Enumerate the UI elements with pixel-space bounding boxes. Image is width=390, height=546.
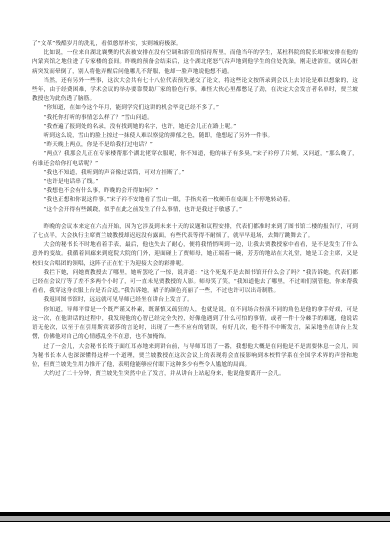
paragraph: “你知道，在如今这个年月，能到学究们这讲的机会毕竟已经不多了。” xyxy=(32,104,358,113)
paragraph: “我也不知道，我听到的声音像过话筒，可对方挂断了。” xyxy=(32,169,358,178)
section-gap xyxy=(32,215,358,223)
document-page: 了“文革”残酷岁月的洗礼，看似憨厚朴实，实则城府极深。 比如说，一位来自湖北襄樊… xyxy=(32,40,358,379)
paragraph: “昨天晚上两点，你是不是给我打过电话？” xyxy=(32,141,358,150)
paragraph: “两点？我那会儿正在专家楼帮那个湖北佬穿衣服呢，你不知道，他的袜子有多臭。”宋子… xyxy=(32,150,358,168)
paragraph: 了“文革”残酷岁月的洗礼，看似憨厚朴实，实则城府极深。 xyxy=(32,40,358,49)
paragraph: “这个会开得有些蹊跷，似乎在此之前发生了什么事情，也许是我过于敏感了。” xyxy=(32,206,358,215)
paragraph: 我拦下她，问她贾教授去了哪里，她听罢吃了一惊，说并道：“这个死鬼不是去图书馆开什… xyxy=(32,269,358,297)
footer-rule-thin xyxy=(0,521,390,522)
paragraph: “也许是电话串了线。” xyxy=(32,178,358,187)
paragraph: 你知道，导师平常是一个既严谨又朴素，既谨慎又疏狂的人，也就是说，在不同场合扮演不… xyxy=(32,306,358,343)
paragraph: 当然，还有另外一些事，这次大会共有七十八位代表预先递交了论文，将这些论文按所录到… xyxy=(32,77,358,105)
paragraph: 昨晚的会议本来定在六点开始，因为它涉及到未来十天的议题和议程安排，代表们都准时来… xyxy=(32,223,358,241)
paragraph: “我也正想和你说这件事。”宋子衿不安地看了雪山一眼，手指夹着一枚硬币在桌面上不停… xyxy=(32,196,358,205)
paragraph: 比如说，一位来自湖北襄樊的代表被安排在没有空调和浴室的招待所里，而他当年的学生，… xyxy=(32,49,358,77)
paragraph: 听到这么说，雪山的脸上掠过一抹使人难以察觉的抑郁之色，随即，他想起了另外一件事。 xyxy=(32,132,358,141)
paragraph: 过了一会儿，大会秘书长终于面红耳赤地来到讲台前，与导师耳语了一番，我想他大概是在… xyxy=(32,343,358,371)
paragraph: 大约过了二十分钟，贾兰坡先生突然中止了发言，并从讲台上站起身来，他说他要离开一会… xyxy=(32,370,358,379)
paragraph: “我想也不会有什么事，昨晚的会开得如何？” xyxy=(32,187,358,196)
paragraph: 我返回图书馆时，远远就可见导师已经坐在讲台上发言了。 xyxy=(32,296,358,305)
paragraph: “我查遍了报到处的名录，没有找到她的名字，也许，她还会儿正在路上呢。” xyxy=(32,123,358,132)
paragraph: 大会的秘书长不时地看着手表，最后，他也失去了耐心，便将我悄悄叫到一边，让我去贾教… xyxy=(32,241,358,269)
paragraph: “我托你打听的事情怎么样了？”雪山问道。 xyxy=(32,114,358,123)
